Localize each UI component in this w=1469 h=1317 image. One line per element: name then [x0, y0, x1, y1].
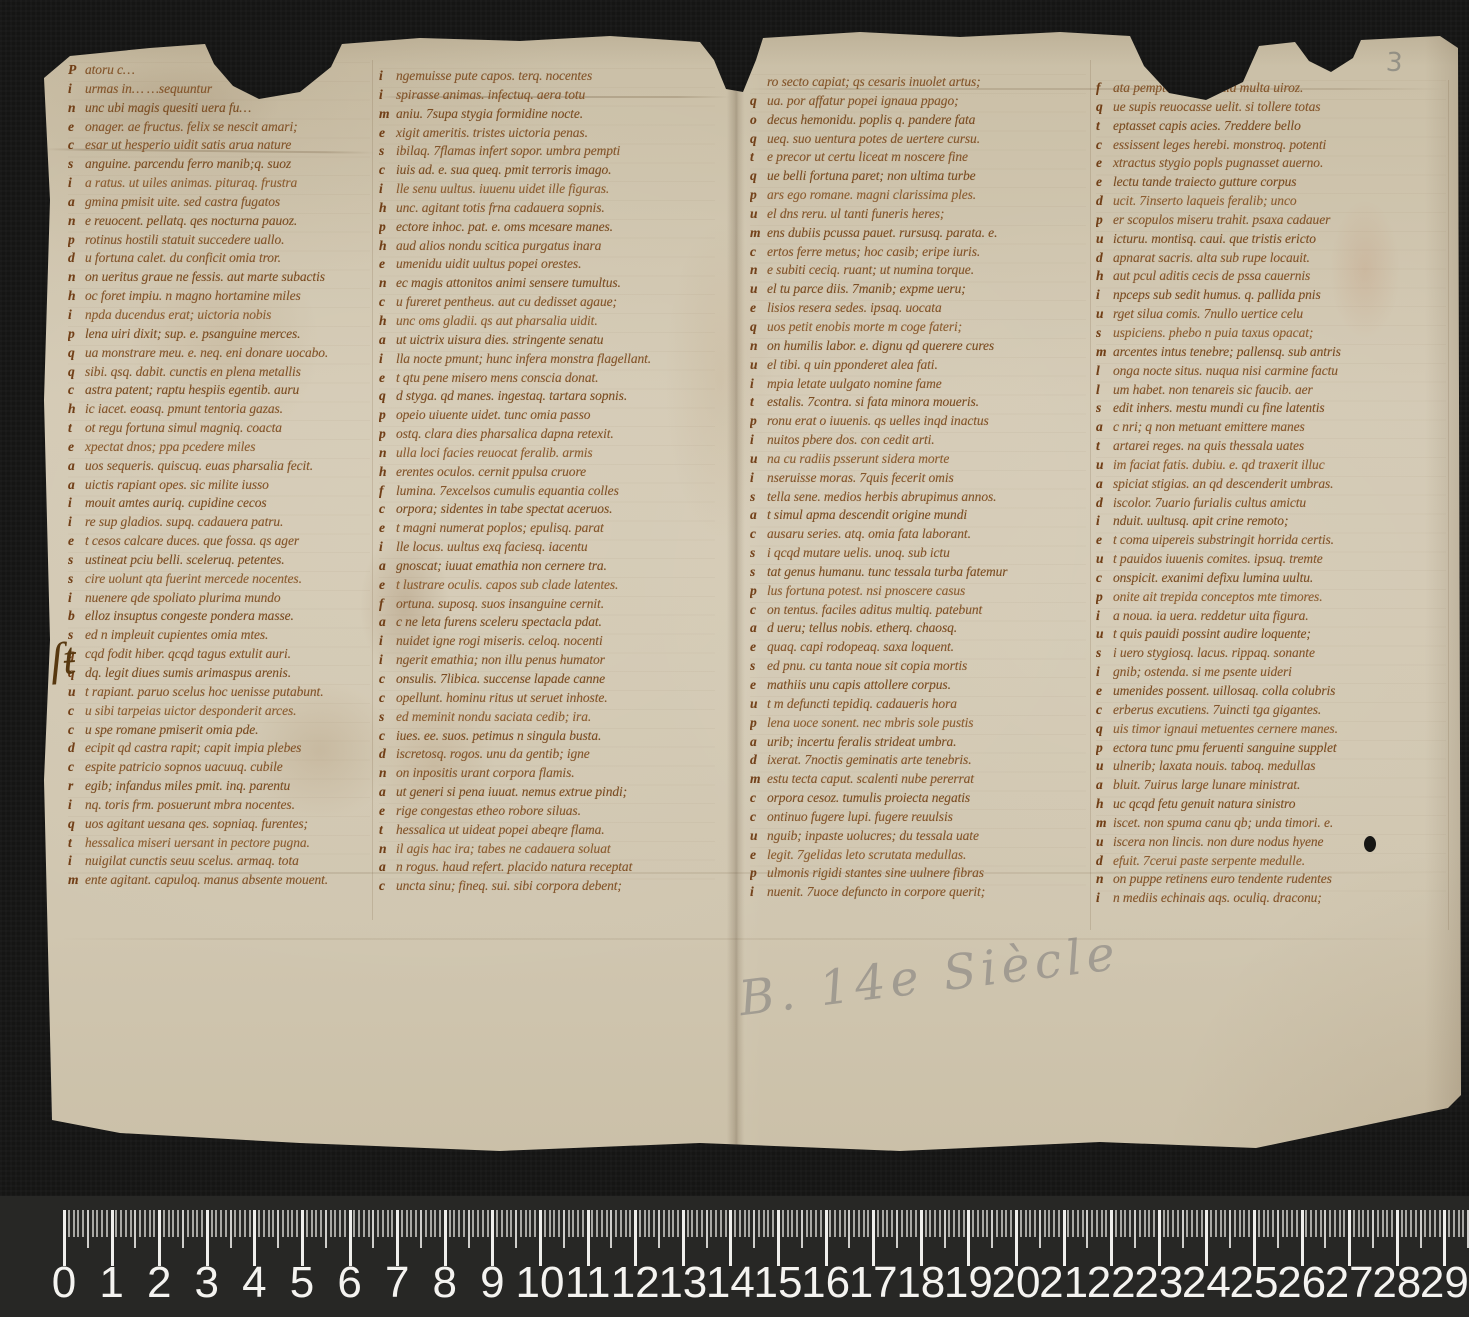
ruler-tick — [1163, 1210, 1165, 1237]
manuscript-line: cu fureret pentheus. aut cu dedisset aga… — [379, 294, 715, 313]
line-initial: m — [750, 225, 767, 241]
line-initial: c — [750, 526, 767, 542]
line-initial: f — [379, 483, 396, 499]
manuscript-line: aspiciat stigias. an qd descenderit umbr… — [1096, 476, 1446, 495]
line-initial: h — [379, 313, 396, 329]
manuscript-line: pulmonis rigidi stantes sine uulnere fib… — [750, 865, 1086, 884]
manuscript-line: et cesos calcare duces. que fossa. qs ag… — [68, 533, 370, 552]
line-text: esar ut hesperio uidit satis arua nature — [85, 137, 291, 152]
manuscript-line: thessalica ut uideat popei abeqre flama. — [379, 822, 715, 841]
line-text: decus hemonidu. poplis q. pandere fata — [767, 112, 975, 127]
pencil-inscription: B. 14e Siècle — [736, 925, 1123, 1027]
manuscript-line: non ueritus graue ne fessis. aut marte s… — [68, 269, 370, 288]
ruler-tick — [487, 1210, 489, 1237]
text-column-2: ingemuisse pute capos. terq. nocentesisp… — [379, 68, 715, 897]
line-text: uc qcqd fetu genuit natura sinistro — [1113, 796, 1295, 811]
ruler-tick — [353, 1210, 355, 1237]
line-initial: m — [379, 106, 396, 122]
line-initial: e — [379, 125, 396, 141]
manuscript-line: nec magis attonitos animi sensere tumult… — [379, 275, 715, 294]
line-text: t magni numerat poplos; epulisq. parat — [396, 520, 604, 535]
ruler-tick — [625, 1210, 627, 1237]
manuscript-line: emathiis unu capis attollere corpus. — [750, 677, 1086, 696]
ruler-tick — [1082, 1210, 1084, 1237]
line-initial: h — [379, 238, 396, 254]
line-initial: u — [1096, 758, 1113, 774]
ruler-tick — [1044, 1210, 1046, 1237]
manuscript-line: quis timor ignaui metuentes cernere mane… — [1096, 721, 1446, 740]
manuscript-line: mente agitant. capuloq. manus absente mo… — [68, 872, 370, 891]
manuscript-line: ire sup gladios. supq. cadauera patru. — [68, 514, 370, 533]
line-text: on ueritus graue ne fessis. aut marte su… — [85, 269, 325, 284]
ruler-tick — [1405, 1210, 1407, 1237]
line-initial: f — [1096, 80, 1113, 96]
line-initial: u — [1096, 457, 1113, 473]
line-text: unc oms gladii. qs aut pharsalia uidit. — [396, 313, 598, 328]
line-text: ostq. clara dies pharsalica dapna retexi… — [396, 426, 614, 441]
line-initial: q — [68, 364, 85, 380]
line-text: lisios resera sedes. ipsaq. uocata — [767, 300, 942, 315]
line-text: orpora cesoz. tumulis proiecta negatis — [767, 790, 970, 805]
line-initial: o — [750, 112, 767, 128]
ruler-tick — [596, 1210, 598, 1237]
line-text: quaq. capi rodopeaq. saxa loquent. — [767, 639, 954, 654]
manuscript-line: inpda ducendus erat; uictoria nobis — [68, 307, 370, 326]
ruler-tick — [529, 1210, 531, 1237]
line-text: ontinuo fugere lupi. fugere reuulsis — [767, 809, 953, 824]
ruler-tick — [1220, 1210, 1222, 1237]
ruler-number: 11 — [565, 1258, 611, 1308]
manuscript-line: scire uolunt qta fuerint mercede nocente… — [68, 571, 370, 590]
manuscript-line: agmina pmisit uite. sed castra fugatos — [68, 194, 370, 213]
ruler-tick — [944, 1210, 946, 1248]
manuscript-line: uel tu parce diis. 7manib; expme ueru; — [750, 281, 1086, 300]
manuscript-line: popeio uiuente uidet. tunc omia passo — [379, 407, 715, 426]
manuscript-line: que supis reuocasse uelit. si tollere to… — [1096, 99, 1446, 118]
line-initial: P — [68, 62, 85, 78]
line-text: cqd fodit hiber. qcqd tagus extulit auri… — [85, 646, 291, 661]
manuscript-line: stat genus humanu. tunc tessala turba fa… — [750, 564, 1086, 583]
manuscript-line: et lustrare oculis. capos sub clade late… — [379, 577, 715, 596]
ruler-tick — [996, 1210, 998, 1237]
manuscript-line: regib; infandus miles pmit. inq. parentu — [68, 778, 370, 797]
line-text: estu tecta caput. scalenti nube pererrat — [767, 771, 974, 786]
manuscript-line: plus fortuna potest. nsi pnoscere casus — [750, 583, 1086, 602]
line-initial: d — [1096, 250, 1113, 266]
ruler-tick — [225, 1210, 227, 1237]
ruler-tick — [891, 1210, 893, 1237]
line-initial: i — [68, 495, 85, 511]
ruler-tick — [772, 1210, 774, 1237]
line-initial: h — [379, 464, 396, 480]
ruler-tick — [149, 1210, 151, 1237]
line-text: sibi. qsq. dabit. cunctis en plena metal… — [85, 364, 301, 379]
ruler-tick — [172, 1210, 174, 1237]
manuscript-line: induit. uultusq. apit crine remoto; — [1096, 513, 1446, 532]
manuscript-line: erige congestas etheo robore siluas. — [379, 803, 715, 822]
ruler-tick — [896, 1210, 898, 1248]
ruler-tick — [1305, 1210, 1307, 1237]
manuscript-line: sed meminit nondu saciata cedib; ira. — [379, 709, 715, 728]
ruler-tick — [1215, 1210, 1217, 1237]
ruler-tick — [720, 1210, 722, 1237]
line-text: ecipit qd castra rapit; capit impia pleb… — [85, 740, 301, 755]
manuscript-line: eonager. ae fructus. felix se nescit ama… — [68, 119, 370, 138]
manuscript-line: plena uoce sonent. nec mbris sole pustis — [750, 715, 1086, 734]
line-initial: n — [379, 445, 396, 461]
line-text: apnarat sacris. alta sub rupe locauit. — [1113, 250, 1310, 265]
ruler-tick — [277, 1210, 279, 1248]
line-initial: c — [379, 671, 396, 687]
manuscript-line: dapnarat sacris. alta sub rupe locauit. — [1096, 250, 1446, 269]
ruler-tick — [1029, 1210, 1031, 1237]
line-text: ngemuisse pute capos. terq. nocentes — [396, 68, 592, 83]
line-text: onspicit. exanimi defixu lumina uultu. — [1113, 570, 1313, 585]
line-text: aniu. 7supa stygia formidine nocte. — [396, 106, 583, 121]
manuscript-line: exigit ameritis. tristes uictoria penas. — [379, 125, 715, 144]
ruler-tick — [867, 1210, 869, 1237]
line-initial: i — [68, 307, 85, 323]
manuscript-line: continuo fugere lupi. fugere reuulsis — [750, 809, 1086, 828]
ruler-tick — [234, 1210, 236, 1237]
manuscript-line: imouit amtes auriq. cupidine cecos — [68, 495, 370, 514]
line-text: egib; infandus miles pmit. inq. parentu — [85, 778, 290, 793]
ruler-tick — [658, 1210, 660, 1248]
line-text: t m defuncti tepidiq. cadaueris hora — [767, 696, 957, 711]
line-initial: i — [750, 376, 767, 392]
line-initial: a — [750, 507, 767, 523]
line-text: t cesos calcare duces. que fossa. qs age… — [85, 533, 299, 548]
ruler-tick — [1372, 1210, 1374, 1248]
line-text: ente agitant. capuloq. manus absente mou… — [85, 872, 328, 887]
line-text: on humilis labor. e. dignu qd querere cu… — [767, 338, 994, 353]
ruler-tick — [1010, 1210, 1012, 1237]
line-text: lectu tande traiecto gutture corpus — [1113, 174, 1296, 189]
line-text: mouit amtes auriq. cupidine cecos — [85, 495, 267, 510]
manuscript-line: ia ratus. ut uiles animas. pituraq. frus… — [68, 175, 370, 194]
manuscript-line: hic iacet. eoasq. pmunt tentoria gazas. — [68, 401, 370, 420]
manuscript-line: una cu radiis psserunt sidera morte — [750, 451, 1086, 470]
line-initial: n — [68, 269, 85, 285]
line-initial: d — [379, 746, 396, 762]
ruler-tick — [582, 1210, 584, 1237]
line-text: elloz insuptus congeste pondera masse. — [85, 608, 294, 623]
manuscript-line: uicturu. montisq. caui. que tristis eric… — [1096, 231, 1446, 250]
ruler-tick — [977, 1210, 979, 1237]
line-text: npceps sub sedit humus. q. pallida pnis — [1113, 287, 1321, 302]
manuscript-line: sed n impleuit cupientes omia mtes. — [68, 627, 370, 646]
line-initial: d — [750, 752, 767, 768]
ruler-number: 14 — [706, 1258, 755, 1308]
ruler-tick — [601, 1210, 603, 1237]
column-ruling-line — [1090, 60, 1091, 930]
ruler-number: 1 — [99, 1258, 123, 1308]
line-text: icturu. montisq. caui. que tristis erict… — [1113, 231, 1316, 246]
ruler-tick — [1334, 1210, 1336, 1237]
ruler-tick — [882, 1210, 884, 1237]
line-initial: n — [750, 262, 767, 278]
manuscript-line: hunc oms gladii. qs aut pharsalia uidit. — [379, 313, 715, 332]
ruler-tick — [1020, 1210, 1022, 1237]
line-initial: u — [1096, 231, 1113, 247]
line-initial: c — [379, 294, 396, 310]
line-text: uos petit enobis morte m coge fateri; — [767, 319, 962, 334]
ruler-tick — [92, 1210, 94, 1237]
line-text: u sibi tarpeias uictor desponderit arces… — [85, 703, 296, 718]
manuscript-line: inuitos pbere dos. con cedit arti. — [750, 432, 1086, 451]
manuscript-line: sed pnu. cu tanta noue sit copia mortis — [750, 658, 1086, 677]
line-initial: e — [379, 520, 396, 536]
line-initial: m — [1096, 815, 1113, 831]
ruler-tick — [877, 1210, 879, 1237]
line-text: tella sene. medios herbis abrupimus anno… — [767, 489, 996, 504]
ruler-tick — [1329, 1210, 1331, 1237]
ruler-tick — [272, 1210, 274, 1237]
line-text: ectora tunc pmu feruenti sanguine supple… — [1113, 740, 1337, 755]
ruler-tick — [1072, 1210, 1074, 1237]
ruler-tick — [672, 1210, 674, 1237]
line-initial: i — [750, 470, 767, 486]
ruler-tick — [1034, 1210, 1036, 1237]
ruler-tick — [1410, 1210, 1412, 1237]
ruler-tick — [410, 1210, 412, 1237]
line-text: ed pnu. cu tanta noue sit copia mortis — [767, 658, 967, 673]
ruler-tick — [420, 1210, 422, 1248]
ruler-number: 3 — [195, 1258, 219, 1308]
ruler-tick — [620, 1210, 622, 1237]
ruler-tick — [391, 1210, 393, 1237]
ruler-number: 8 — [433, 1258, 457, 1308]
ruler-tick — [125, 1210, 127, 1237]
line-initial: p — [750, 413, 767, 429]
ruler-number: 19 — [944, 1258, 993, 1308]
line-initial: u — [1096, 834, 1113, 850]
manuscript-line: elegit. 7gelidas leto scrutata medullas. — [750, 847, 1086, 866]
ruler-tick — [577, 1210, 579, 1237]
ruler-tick — [520, 1210, 522, 1237]
ruler-tick — [1296, 1210, 1298, 1237]
line-text: lumina. 7excelsos cumulis equantia colle… — [396, 483, 619, 498]
manuscript-line: inuenit. 7uoce defuncto in corpore queri… — [750, 884, 1086, 903]
line-text: ucit. 7inserto laqueis feralib; unco — [1113, 193, 1297, 208]
manuscript-line: nulla loci facies reuocat feralib. armis — [379, 445, 715, 464]
ruler-tick — [120, 1210, 122, 1237]
manuscript-line: fortuna. suposq. suos insanguine cernit. — [379, 596, 715, 615]
ruler-tick — [220, 1210, 222, 1237]
manuscript-line: sedit inhers. mestu mundi cu fine latent… — [1096, 400, 1446, 419]
ruler-tick — [515, 1210, 517, 1248]
ruler-tick — [130, 1210, 132, 1237]
ruler-tick — [1086, 1210, 1088, 1248]
ruler-number: 15 — [754, 1258, 803, 1308]
line-initial: b — [68, 608, 85, 624]
ruler-tick — [820, 1210, 822, 1237]
line-text: ulla loci facies reuocat feralib. armis — [396, 445, 593, 460]
line-text: erentes oculos. cernit ppulsa cruore — [396, 464, 586, 479]
manuscript-line: ciuis ad. e. sua queq. pmit terroris ima… — [379, 162, 715, 181]
manuscript-line: inseruisse moras. 7quis fecerit omis — [750, 470, 1086, 489]
line-initial: d — [1096, 853, 1113, 869]
line-initial: q — [750, 168, 767, 184]
manuscript-line: certos ferre metus; hoc casib; eripe iur… — [750, 244, 1086, 263]
line-text: hessalica ut uideat popei abeqre flama. — [396, 822, 605, 837]
line-initial: s — [750, 564, 767, 580]
line-text: npda ducendus erat; uictoria nobis — [85, 307, 271, 322]
line-initial: i — [379, 633, 396, 649]
ruler-number: 27 — [1325, 1258, 1374, 1308]
line-initial: a — [379, 614, 396, 630]
ruler-tick — [382, 1210, 384, 1237]
ruler-tick — [906, 1210, 908, 1237]
line-initial: m — [68, 872, 85, 888]
ruler-tick — [334, 1210, 336, 1237]
ruler-tick — [291, 1210, 293, 1237]
line-text: t qtu pene misero mens conscia donat. — [396, 370, 598, 385]
ruler-tick — [296, 1210, 298, 1237]
ruler-tick — [886, 1210, 888, 1237]
line-text: hessalica miseri uersant in pectore pugn… — [85, 835, 310, 850]
line-text: aut pcul aditis cecis de pssa cauernis — [1113, 268, 1310, 283]
manuscript-line: ut quis pauidi possint audire loquente; — [1096, 626, 1446, 645]
manuscript-line: non inpositis urant corpora flamis. — [379, 765, 715, 784]
ruler-tick — [153, 1210, 155, 1237]
line-initial: p — [379, 219, 396, 235]
line-initial: t — [68, 835, 85, 851]
manuscript-line: uel tibi. q uin pponderet alea fati. — [750, 357, 1086, 376]
line-text: anguine. parcendu ferro manib;q. suoz — [85, 156, 291, 171]
ruler-tick — [663, 1210, 665, 1237]
line-initial: p — [750, 583, 767, 599]
manuscript-line: ciues. ee. suos. petimus n singula busta… — [379, 728, 715, 747]
ruler-tick — [1058, 1210, 1060, 1237]
ruler-number: 7 — [385, 1258, 409, 1308]
manuscript-line: extractus stygio popls pugnasset auerno. — [1096, 155, 1446, 174]
ruler-number: 24 — [1182, 1258, 1231, 1308]
ruler-tick — [1415, 1210, 1417, 1237]
line-initial: a — [750, 620, 767, 636]
ruler-tick — [653, 1210, 655, 1237]
line-initial: s — [379, 709, 396, 725]
line-initial: q — [1096, 99, 1113, 115]
ruler-tick — [691, 1210, 693, 1237]
line-text: ustineat pciu belli. sceleruq. petentes. — [85, 552, 285, 567]
ruler-tick — [1453, 1210, 1455, 1237]
line-initial: i — [379, 351, 396, 367]
line-initial: e — [379, 577, 396, 593]
ruler-tick — [677, 1210, 679, 1237]
line-initial: e — [68, 533, 85, 549]
ruler-tick — [558, 1210, 560, 1237]
line-initial: e — [1096, 532, 1113, 548]
line-text: im faciat fatis. dubiu. e. qd traxerit i… — [1113, 457, 1325, 472]
manuscript-line: mens dubiis pcussa pauet. rursusq. parat… — [750, 225, 1086, 244]
manuscript-line: eumenidu uidit uultus popei orestes. — [379, 256, 715, 275]
line-text: uos agitant uesana qes. sopniaq. furente… — [85, 816, 308, 831]
line-text: lus fortuna potest. nsi pnoscere casus — [767, 583, 965, 598]
line-initial: q — [750, 93, 767, 109]
line-text: unc. agitant totis frna cadauera sopnis. — [396, 200, 605, 215]
manuscript-line: cesar ut hesperio uidit satis arua natur… — [68, 137, 370, 156]
manuscript-line: causaru series. atq. omia fata laborant. — [750, 526, 1086, 545]
line-text: edit inhers. mestu mundi cu fine latenti… — [1113, 400, 1325, 415]
ruler-tick — [163, 1210, 165, 1237]
ruler-tick — [1343, 1210, 1345, 1237]
line-initial: c — [379, 728, 396, 744]
manuscript-line: qua. por affatur popei ignaua ppago; — [750, 93, 1086, 112]
ruler-tick — [472, 1210, 474, 1237]
fold-crease — [60, 938, 1440, 940]
line-initial: s — [68, 552, 85, 568]
line-text: c nri; q non metuant emittere manes — [1113, 419, 1305, 434]
manuscript-line: cerberus excutiens. 7uincti tga gigantes… — [1096, 702, 1446, 721]
line-initial: c — [379, 162, 396, 178]
manuscript-line: ingemuisse pute capos. terq. nocentes — [379, 68, 715, 87]
manuscript-line: sanguine. parcendu ferro manib;q. suoz — [68, 156, 370, 175]
manuscript-line: inuigilat cunctis seuu scelus. armaq. to… — [68, 853, 370, 872]
ruler-tick — [1191, 1210, 1193, 1237]
manuscript-line: ne subiti ceciq. ruant; ut numina torque… — [750, 262, 1086, 281]
line-initial: c — [68, 382, 85, 398]
line-initial: i — [68, 514, 85, 530]
manuscript-line: qua monstrare meu. e. neq. eni donare uo… — [68, 345, 370, 364]
line-text: ic iacet. eoasq. pmunt tentoria gazas. — [85, 401, 283, 416]
line-initial: i — [379, 181, 396, 197]
line-initial: p — [68, 232, 85, 248]
manuscript-line: discretosq. rogos. unu da gentib; igne — [379, 746, 715, 765]
line-text: ec magis attonitos animi sensere tumultu… — [396, 275, 621, 290]
ruler-tick — [449, 1210, 451, 1237]
line-initial: a — [1096, 777, 1113, 793]
manuscript-line: uel dns reru. ul tanti funeris heres; — [750, 206, 1086, 225]
ruler-tick — [534, 1210, 536, 1237]
ruler-number: 23 — [1134, 1258, 1183, 1308]
line-initial: a — [1096, 476, 1113, 492]
ruler-tick — [796, 1210, 798, 1237]
line-text: t simul apma descendit origine mundi — [767, 507, 967, 522]
ruler-tick — [639, 1210, 641, 1237]
ruler-tick — [1067, 1210, 1069, 1237]
manuscript-line: illa nocte pmunt; hunc infera monstra fl… — [379, 351, 715, 370]
ruler-tick — [1001, 1210, 1003, 1237]
line-initial: c — [1096, 702, 1113, 718]
ruler-tick — [801, 1210, 803, 1248]
manuscript-line: in mediis echinais aqs. oculiq. draconu; — [1096, 890, 1446, 909]
ruler-tick — [325, 1210, 327, 1248]
ruler-tick — [1039, 1210, 1041, 1248]
ruler-tick — [1234, 1210, 1236, 1237]
manuscript-line: ducit. 7inserto laqueis feralib; unco — [1096, 193, 1446, 212]
manuscript-line: cespite patricio sopnos uacuuq. cubile — [68, 759, 370, 778]
ruler-tick — [815, 1210, 817, 1237]
line-initial: n — [68, 100, 85, 116]
ruler-tick — [1367, 1210, 1369, 1237]
line-initial: s — [1096, 325, 1113, 341]
line-text: c ne leta furens sceleru spectacla pdat. — [396, 614, 602, 629]
line-text: n rogus. haud refert. placido natura rec… — [396, 859, 632, 874]
manuscript-line: auos sequeris. quiscuq. euas pharsalia f… — [68, 458, 370, 477]
line-initial: e — [1096, 155, 1113, 171]
manuscript-line: consulis. 7libica. succense lapade canne — [379, 671, 715, 690]
line-text: t coma uipereis substringit horrida cert… — [1113, 532, 1334, 547]
ruler-tick — [1025, 1210, 1027, 1237]
manuscript-line: protinus hostili statuit succedere uallo… — [68, 232, 370, 251]
line-text: spirasse animas. infectuq. aera totu — [396, 87, 585, 102]
ruler-tick — [182, 1210, 184, 1248]
line-text: ens dubiis pcussa pauet. rursusq. parata… — [767, 225, 997, 240]
ruler-tick — [372, 1210, 374, 1248]
line-initial: e — [379, 370, 396, 386]
ruler-tick — [791, 1210, 793, 1237]
